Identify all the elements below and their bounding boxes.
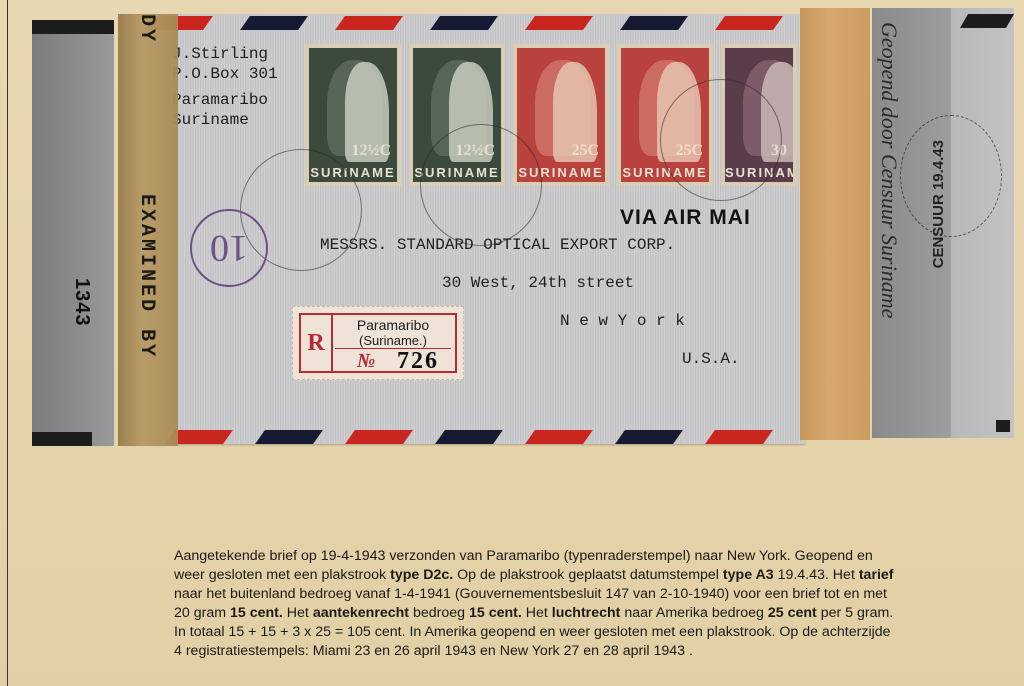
airmail-stripe [255, 430, 323, 444]
registration-label: R Paramaribo (Suriname.) № 726 [292, 306, 464, 380]
airmail-corner-stripe [32, 432, 92, 446]
airmail-stripe [525, 16, 593, 30]
censor-postmark-circle [900, 115, 1002, 237]
airmail-border-top [120, 14, 805, 30]
airmail-stripe [525, 430, 593, 444]
description-segment: bedroeg [409, 605, 469, 621]
description-text: Aangetekende brief op 19-4-1943 verzonde… [174, 547, 894, 661]
description-emphasis: type A3 [723, 567, 774, 583]
description-segment: 19.4.43. Het [774, 567, 859, 583]
censor-tape-top-text: DY [135, 14, 158, 44]
airmail-stripe [345, 430, 413, 444]
censor-postmark-text: CENSUUR 19.4.43 [930, 140, 947, 268]
airmail-corner-stripe [960, 14, 1014, 28]
description-segment: naar Amerika bedroeg [620, 605, 767, 621]
addressee-line-4: U.S.A. [682, 350, 740, 368]
description-emphasis: aantekenrecht [313, 605, 409, 621]
airmail-stripe [430, 16, 498, 30]
addressee-line-3: N e w Y o r k [560, 312, 685, 330]
back-left-number: 1343 [70, 278, 93, 327]
description-emphasis: tarief [859, 567, 894, 583]
description-segment: Het [522, 605, 552, 621]
handstamp-10: 10 [190, 209, 268, 287]
airmail-corner-stripe [32, 20, 114, 34]
sender-line: Suriname [172, 110, 278, 130]
airmail-stripe [620, 16, 688, 30]
album-page: 1343 J.StirlingP.O.Box 301 ParamariboSur… [0, 0, 1024, 686]
description-emphasis: type D2c. [390, 567, 453, 583]
description-segment: Op de plakstrook geplaatst datumstempel [453, 567, 723, 583]
stamp-value: 25C [571, 142, 599, 160]
stamp-value: 12½C [351, 142, 391, 160]
sender-line: J.Stirling [172, 44, 278, 64]
airmail-stripe [240, 16, 308, 30]
censor-tape-right [800, 8, 870, 440]
envelope-front: J.StirlingP.O.Box 301 ParamariboSuriname… [120, 14, 805, 444]
description-emphasis: 15 cent. [469, 605, 522, 621]
airmail-stripe [435, 430, 503, 444]
registration-number: 726 [397, 348, 439, 375]
postmark-circle [660, 79, 782, 201]
addressee-line-2: 30 West, 24th street [442, 274, 634, 292]
sender-line: P.O.Box 301 [172, 64, 278, 84]
airmail-stripe [715, 16, 783, 30]
registration-number-sign: № [357, 350, 375, 373]
postmark-circle [420, 124, 542, 246]
airmail-stripe [705, 430, 773, 444]
airmail-stripe [335, 16, 403, 30]
via-air-mail-label: VIA AIR MAI [620, 206, 751, 230]
cover-back-left-strip [32, 20, 114, 446]
page-edge [7, 0, 8, 686]
airmail-corner-stripe [996, 420, 1010, 432]
description-emphasis: 25 cent [768, 605, 817, 621]
sender-address: J.StirlingP.O.Box 301 ParamariboSuriname [172, 44, 278, 130]
registration-country: (Suriname.) [335, 333, 451, 349]
censor-tape-text: DY EXAMINED BY [133, 14, 163, 444]
sender-line: Paramaribo [172, 90, 278, 110]
airmail-stripe [615, 430, 683, 444]
description-emphasis: 15 cent. [230, 605, 283, 621]
censor-text-geopend: Geopend door Censuur Suriname [876, 22, 902, 318]
registration-letter: R [301, 315, 333, 371]
registration-frame: R Paramaribo (Suriname.) № 726 [299, 313, 457, 373]
description-emphasis: luchtrecht [552, 605, 621, 621]
description-segment: Het [283, 605, 313, 621]
airmail-border-bottom [120, 428, 805, 444]
censor-tape-examined-by: EXAMINED BY [135, 194, 158, 359]
registration-town: Paramaribo [335, 317, 451, 333]
addressee-line-1: MESSRS. STANDARD OPTICAL EXPORT CORP. [320, 236, 675, 254]
